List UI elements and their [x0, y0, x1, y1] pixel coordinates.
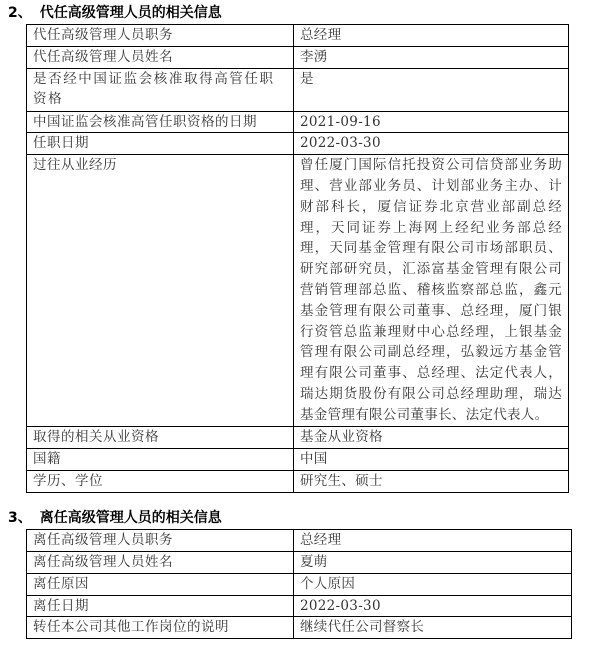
row-label: 国籍	[27, 448, 294, 470]
row-value: 总经理	[294, 530, 572, 552]
row-label: 代任高级管理人员职务	[27, 25, 294, 47]
table-row: 离任日期 2022-03-30	[27, 595, 572, 617]
row-label: 代任高级管理人员姓名	[27, 46, 294, 68]
departing-executive-info-table: 离任高级管理人员职务 总经理 离任高级管理人员姓名 夏萌 离任原因 个人原因 离…	[26, 529, 572, 639]
row-label: 任职日期	[27, 133, 294, 155]
row-label: 中国证监会核准高管任职资格的日期	[27, 111, 294, 133]
row-label: 转任本公司其他工作岗位的说明	[27, 617, 294, 639]
table-row: 取得的相关从业资格 基金从业资格	[27, 427, 569, 449]
row-value: 夏萌	[294, 551, 572, 573]
section-3-title: 3、离任高级管理人员的相关信息	[8, 509, 222, 527]
row-label: 取得的相关从业资格	[27, 427, 294, 449]
row-label: 过往从业经历	[27, 155, 294, 427]
row-value: 李湧	[294, 46, 569, 68]
table-row: 离任原因 个人原因	[27, 573, 572, 595]
row-value: 是	[294, 68, 569, 111]
table-row: 中国证监会核准高管任职资格的日期 2021-09-16	[27, 111, 569, 133]
table-row: 代任高级管理人员姓名 李湧	[27, 46, 569, 68]
row-value: 继续代任公司督察长	[294, 617, 572, 639]
row-value: 总经理	[294, 25, 569, 47]
row-label: 离任高级管理人员职务	[27, 530, 294, 552]
row-label: 离任高级管理人员姓名	[27, 551, 294, 573]
table-row: 学历、学位 研究生、硕士	[27, 470, 569, 492]
section-3-heading: 离任高级管理人员的相关信息	[40, 510, 222, 526]
row-label: 是否经中国证监会核准取得高管任职资格	[27, 68, 294, 111]
work-experience-text: 曾任厦门国际信托投资公司信贷部业务助理、营业部业务员、计划部业务主办、计财部科长…	[294, 155, 569, 427]
table-row: 任职日期 2022-03-30	[27, 133, 569, 155]
row-value: 2022-03-30	[294, 595, 572, 617]
row-value: 2021-09-16	[294, 111, 569, 133]
section-2-heading: 代任高级管理人员的相关信息	[40, 5, 222, 21]
table-row: 代任高级管理人员职务 总经理	[27, 25, 569, 47]
section-3-number: 3、	[8, 510, 32, 526]
acting-executive-info-table: 代任高级管理人员职务 总经理 代任高级管理人员姓名 李湧 是否经中国证监会核准取…	[26, 24, 569, 493]
table-row: 转任本公司其他工作岗位的说明 继续代任公司督察长	[27, 617, 572, 639]
row-value: 2022-03-30	[294, 133, 569, 155]
table-row: 是否经中国证监会核准取得高管任职资格 是	[27, 68, 569, 111]
section-2-title: 2、代任高级管理人员的相关信息	[8, 4, 222, 22]
table-row: 离任高级管理人员职务 总经理	[27, 530, 572, 552]
row-value: 研究生、硕士	[294, 470, 569, 492]
row-value: 个人原因	[294, 573, 572, 595]
table-row: 国籍 中国	[27, 448, 569, 470]
section-2-number: 2、	[8, 5, 32, 21]
row-label: 离任原因	[27, 573, 294, 595]
table-row: 过往从业经历 曾任厦门国际信托投资公司信贷部业务助理、营业部业务员、计划部业务主…	[27, 155, 569, 427]
row-label: 学历、学位	[27, 470, 294, 492]
row-value: 基金从业资格	[294, 427, 569, 449]
table-row: 离任高级管理人员姓名 夏萌	[27, 551, 572, 573]
row-label: 离任日期	[27, 595, 294, 617]
row-value: 中国	[294, 448, 569, 470]
